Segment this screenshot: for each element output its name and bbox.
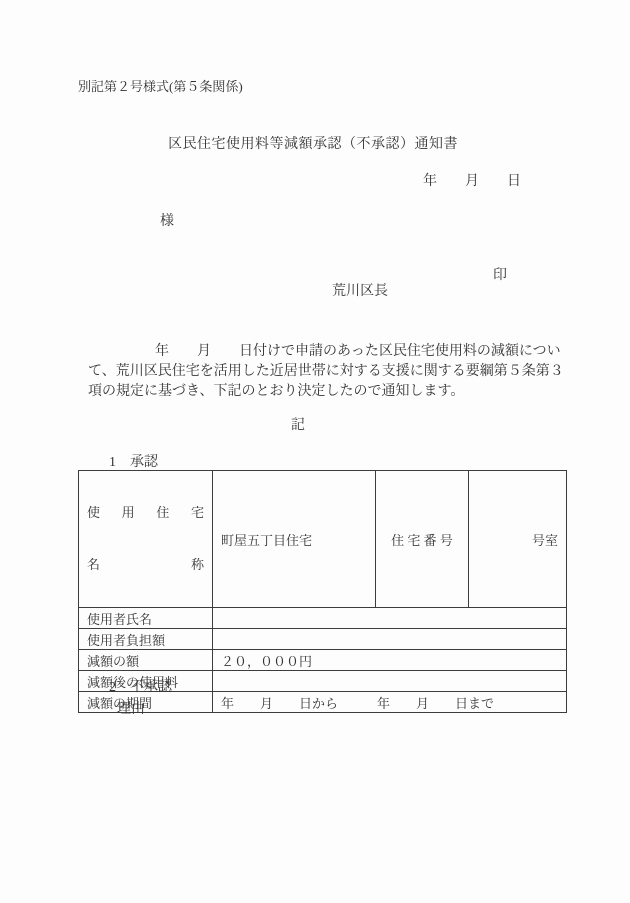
section-approved-number: 1	[109, 455, 130, 471]
body-paragraph-line2: て、荒川区民住宅を活用した近居世帯に対する支援に関する要綱第５条第３	[88, 360, 564, 380]
form-number: 別記第２号様式(第５条関係)	[78, 76, 243, 95]
issue-date-placeholder: 年 月 日	[423, 170, 521, 190]
reason-label: 理由	[117, 698, 145, 718]
table-row-housing-name: 使 用 住 宅 名 称 町屋五丁目住宅 住 宅 番 号 号室	[79, 471, 567, 608]
reduction-period-value-cell: 年 月 日から 年 月 日まで	[213, 692, 567, 713]
section-rejected-label: 不承認	[130, 680, 172, 695]
addressee-honorific: 様	[160, 210, 174, 230]
section-approved-label: 承認	[130, 455, 158, 470]
issuer-line: 荒川区長 印	[318, 264, 558, 332]
issuer-name: 荒川区長	[332, 284, 388, 299]
section-rejected-number: 2	[109, 680, 130, 696]
record-heading: 記	[291, 414, 305, 434]
fee-after-reduction-value-cell	[213, 671, 567, 692]
body-paragraph-line3: 項の規定に基づき、下記のとおり決定したので通知します。	[88, 380, 464, 400]
user-name-label-cell: 使用者氏名	[79, 608, 213, 629]
housing-name-label-cell: 使 用 住 宅 名 称	[79, 471, 213, 608]
table-row-user-burden: 使用者負担額	[79, 629, 567, 650]
unit-number-label-cell: 住 宅 番 号	[376, 471, 469, 608]
reduction-amount-value-cell: ２０，０００円	[213, 650, 567, 671]
body-paragraph-line1: 年 月 日付けで申請のあった区民住宅使用料の減額につい	[155, 340, 561, 360]
user-burden-label-cell: 使用者負担額	[79, 629, 213, 650]
user-name-value-cell	[213, 608, 567, 629]
table-row-user-name: 使用者氏名	[79, 608, 567, 629]
seal-mark: 印	[493, 264, 507, 284]
user-burden-value-cell	[213, 629, 567, 650]
housing-name-value-cell: 町屋五丁目住宅	[213, 471, 376, 608]
notice-document-page: 別記第２号様式(第５条関係) 区民住宅使用料等減額承認（不承認）通知書 年 月 …	[0, 0, 630, 903]
room-number-cell: 号室	[469, 471, 567, 608]
document-title: 区民住宅使用料等減額承認（不承認）通知書	[78, 133, 548, 153]
